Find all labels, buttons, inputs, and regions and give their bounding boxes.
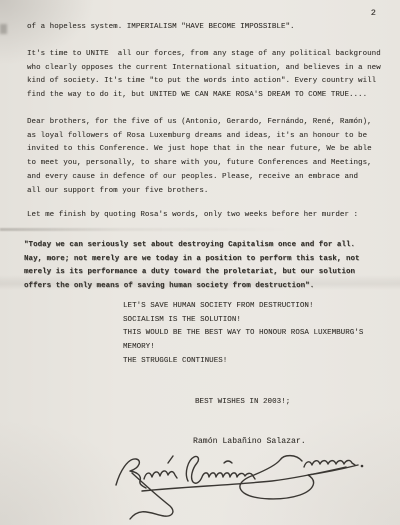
signature-period-dot <box>361 465 364 468</box>
typed-signature-name: Ramón Labañino Salazar. <box>193 435 306 449</box>
paper-fold-shadow <box>0 275 400 290</box>
slogans-block: LET'S SAVE HUMAN SOCIETY FROM DESTRUCTIO… <box>123 300 363 369</box>
handwritten-signature <box>112 450 367 522</box>
paragraph-unite: It's time to UNITE all our forces, from … <box>27 48 381 103</box>
paper-fold-crease <box>0 228 400 231</box>
page-number: 2 <box>371 7 376 21</box>
paragraph-dear-brothers: Dear brothers, for the five of us (Anton… <box>27 116 372 198</box>
paragraph-imperialism: of a hopeless system. IMPERIALISM "HAVE … <box>27 21 295 35</box>
scan-smudge <box>0 24 7 34</box>
letter-page: 2 of a hopeless system. IMPERIALISM "HAV… <box>0 0 400 525</box>
closing-line: BEST WISHES IN 2003!; <box>195 396 290 410</box>
paragraph-quote-intro: Let me finish by quoting Rosa's words, o… <box>27 209 358 223</box>
